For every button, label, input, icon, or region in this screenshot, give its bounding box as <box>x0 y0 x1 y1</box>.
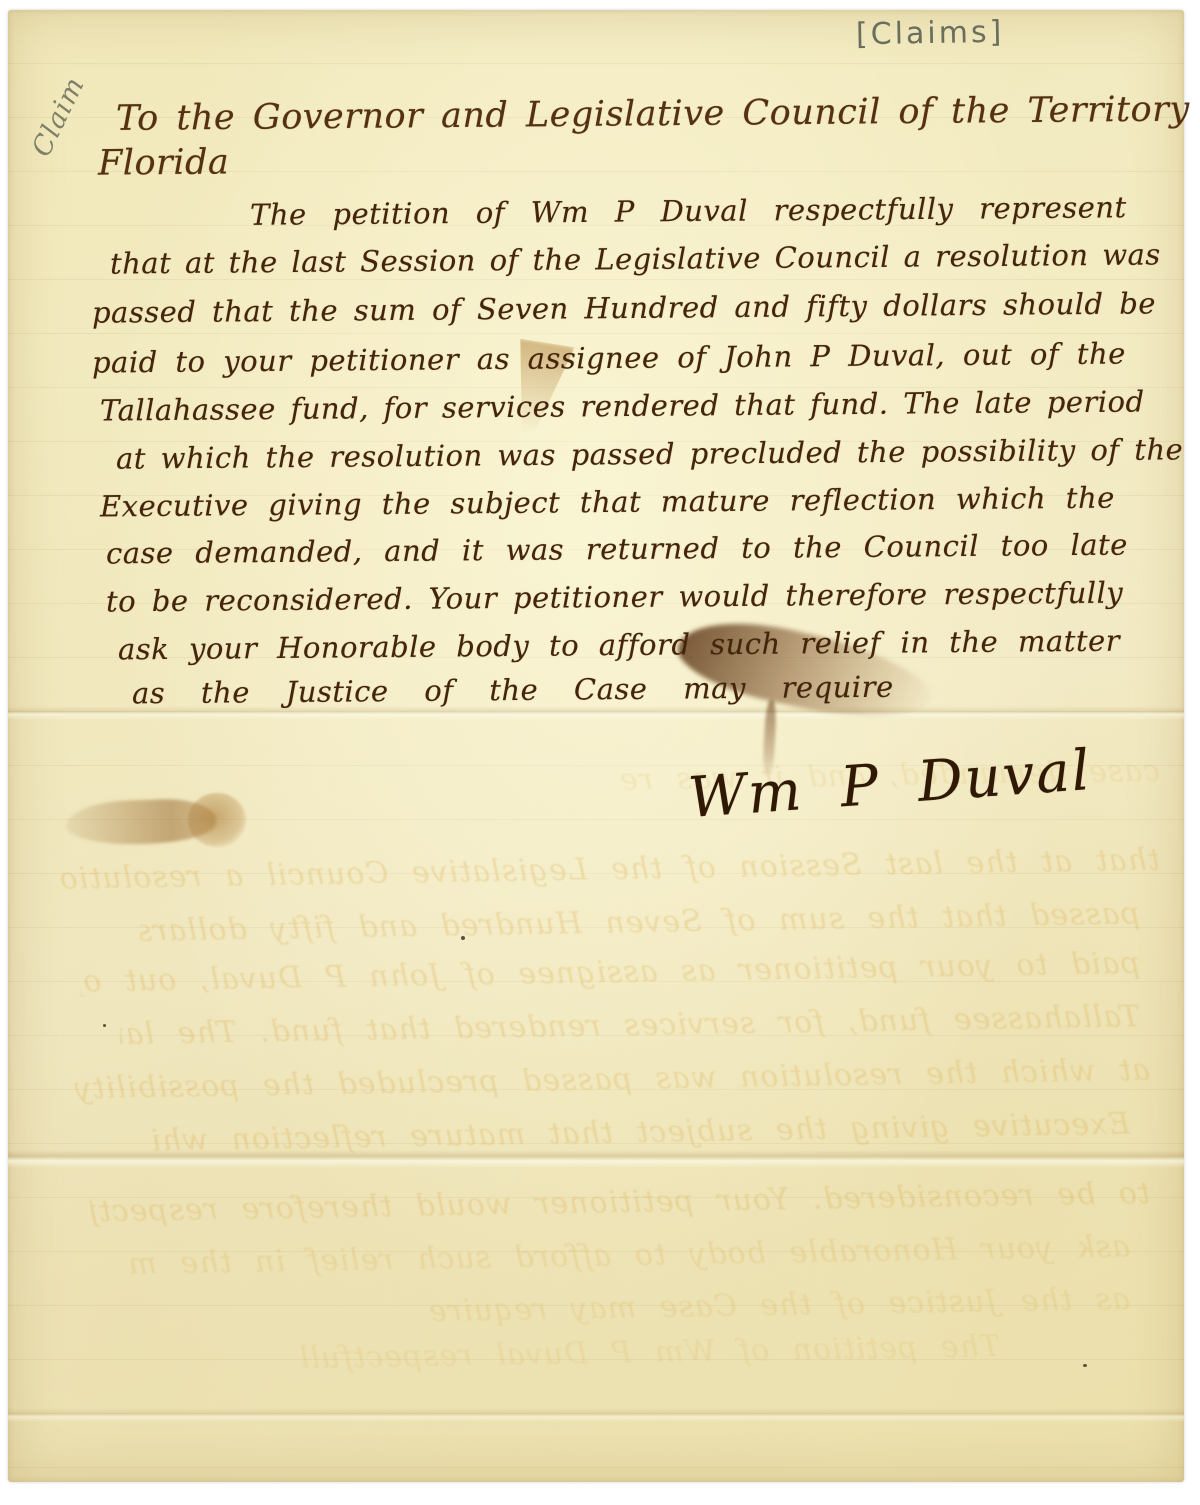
paper-speck <box>461 936 465 940</box>
scanned-document: case demanded, and it was returned to th… <box>0 0 1200 1505</box>
paper-speck <box>1083 1364 1087 1367</box>
salutation-line: Florida <box>98 142 230 183</box>
body-line: as the Justice of the Case may require <box>132 670 894 711</box>
claims-category-annotation: [Claims] <box>856 15 1005 53</box>
paper-speck <box>103 1024 106 1027</box>
